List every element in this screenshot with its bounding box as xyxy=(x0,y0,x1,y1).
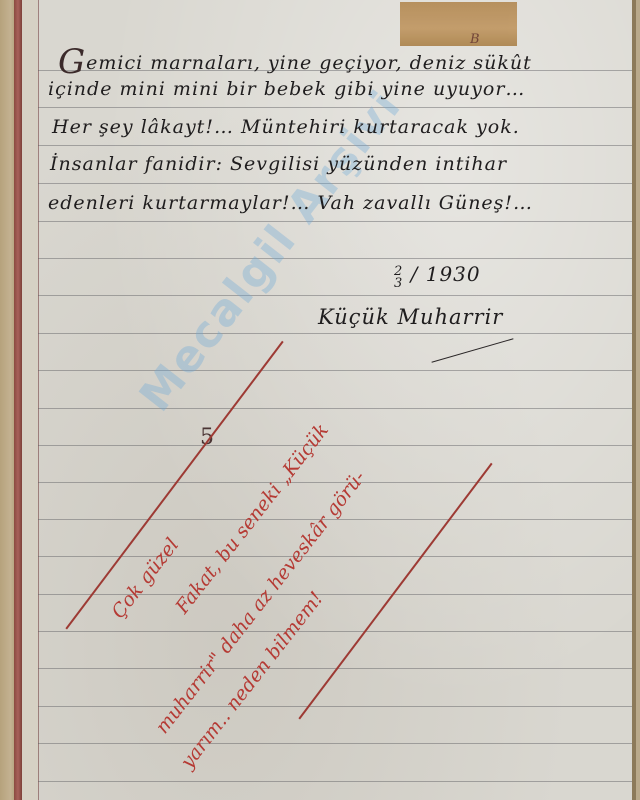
body-line-1: Gemici marnaları, yine geçiyor, deniz sü… xyxy=(58,42,532,82)
date-month: 3 xyxy=(394,276,403,291)
ruled-line xyxy=(38,221,636,222)
adhesive-tape: B xyxy=(400,2,517,46)
underlying-page-edge xyxy=(22,0,39,800)
initial-capital: G xyxy=(58,42,86,82)
signature: Küçük Muharrir xyxy=(318,305,503,329)
binding-red-band xyxy=(14,0,22,800)
handwritten-date: 23 / 1930 xyxy=(394,262,481,290)
ruled-line xyxy=(38,482,636,483)
date-year: / 1930 xyxy=(411,262,481,286)
ruled-line xyxy=(38,445,636,446)
ruled-line xyxy=(38,107,636,108)
ruled-line xyxy=(38,556,636,557)
ruled-line xyxy=(38,408,636,409)
body-line-5: edenleri kurtarmaylar!… Vah zavallı Güne… xyxy=(48,192,533,214)
date-fraction: 23 xyxy=(394,266,403,290)
body-line-4: İnsanlar fanidir: Sevgilisi yüzünden int… xyxy=(50,153,507,175)
body-line-3: Her şey lâkayt!… Müntehiri kurtaracak yo… xyxy=(52,116,520,138)
margin-line xyxy=(38,0,39,800)
ruled-line xyxy=(38,743,636,744)
ruled-line xyxy=(38,370,636,371)
body-line-2: içinde mini mini bir bebek gibi yine uyu… xyxy=(48,78,525,100)
body-line-1-text: emici marnaları, yine geçiyor, deniz sük… xyxy=(86,52,532,74)
ruled-line xyxy=(38,781,636,782)
page-right-edge xyxy=(632,0,636,800)
ruled-line xyxy=(38,706,636,707)
ruled-line xyxy=(38,295,636,296)
ruled-line xyxy=(38,631,636,632)
ruled-line xyxy=(38,333,636,334)
ruled-line xyxy=(38,258,636,259)
